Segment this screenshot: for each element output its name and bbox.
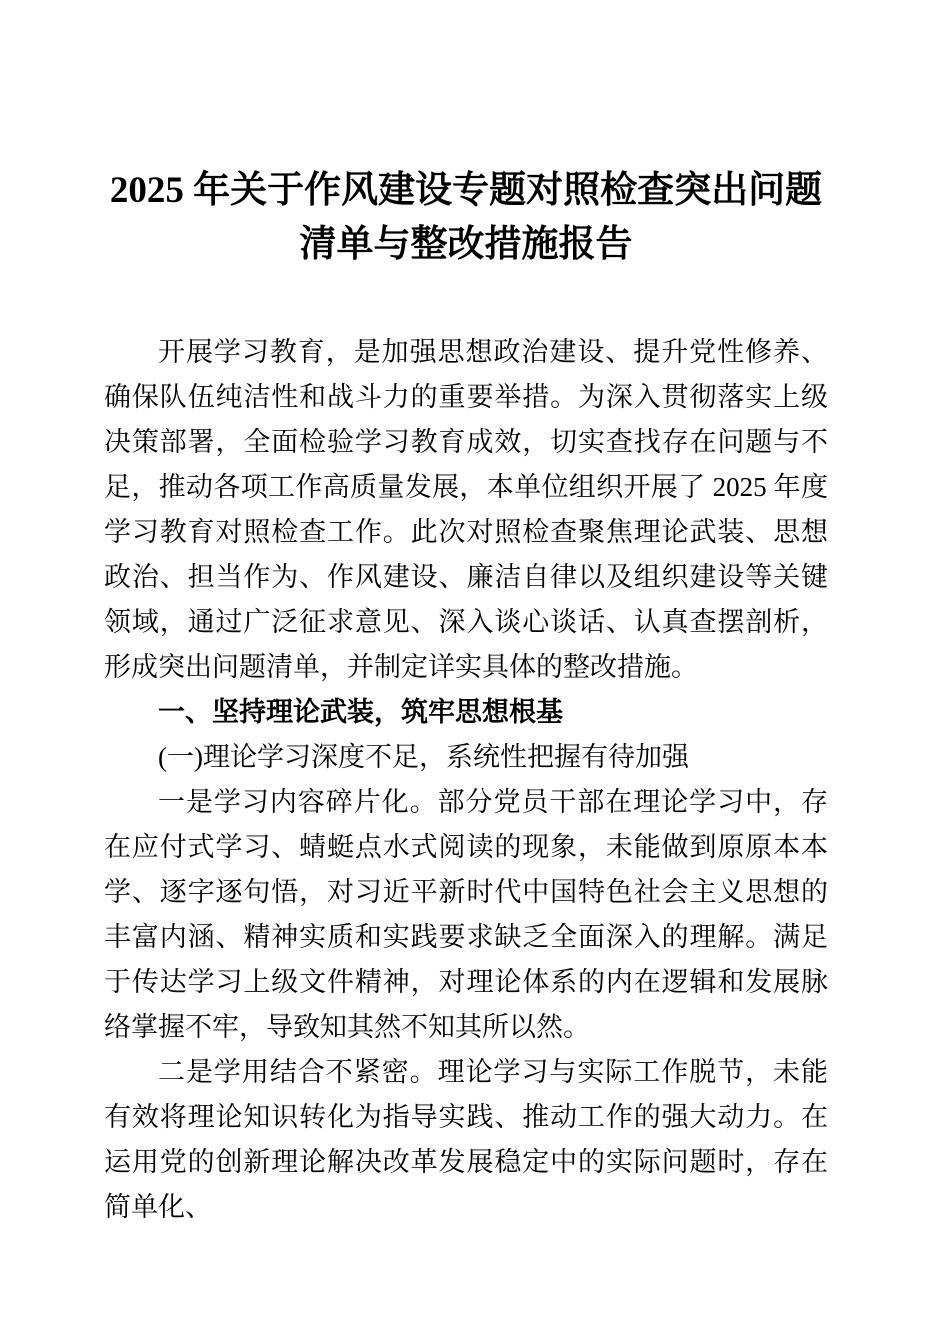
document-body: 开展学习教育，是加强思想政治建设、提升党性修养、确保队伍纯洁性和战斗力的重要举措… (104, 330, 828, 1230)
paragraph: 一是学习内容碎片化。部分党员干部在理论学习中，存在应付式学习、蜻蜓点水式阅读的现… (104, 780, 828, 1050)
document-title: 2025 年关于作风建设专题对照检查突出问题清单与整改措施报告 (104, 164, 828, 272)
document-page: 2025 年关于作风建设专题对照检查突出问题清单与整改措施报告 开展学习教育，是… (0, 0, 950, 1344)
subsection-heading: (一)理论学习深度不足，系统性把握有待加强 (104, 735, 828, 780)
paragraph: 开展学习教育，是加强思想政治建设、提升党性修养、确保队伍纯洁性和战斗力的重要举措… (104, 330, 828, 690)
section-heading: 一、坚持理论武装，筑牢思想根基 (104, 690, 828, 735)
paragraph: 二是学用结合不紧密。理论学习与实际工作脱节，未能有效将理论知识转化为指导实践、推… (104, 1050, 828, 1230)
